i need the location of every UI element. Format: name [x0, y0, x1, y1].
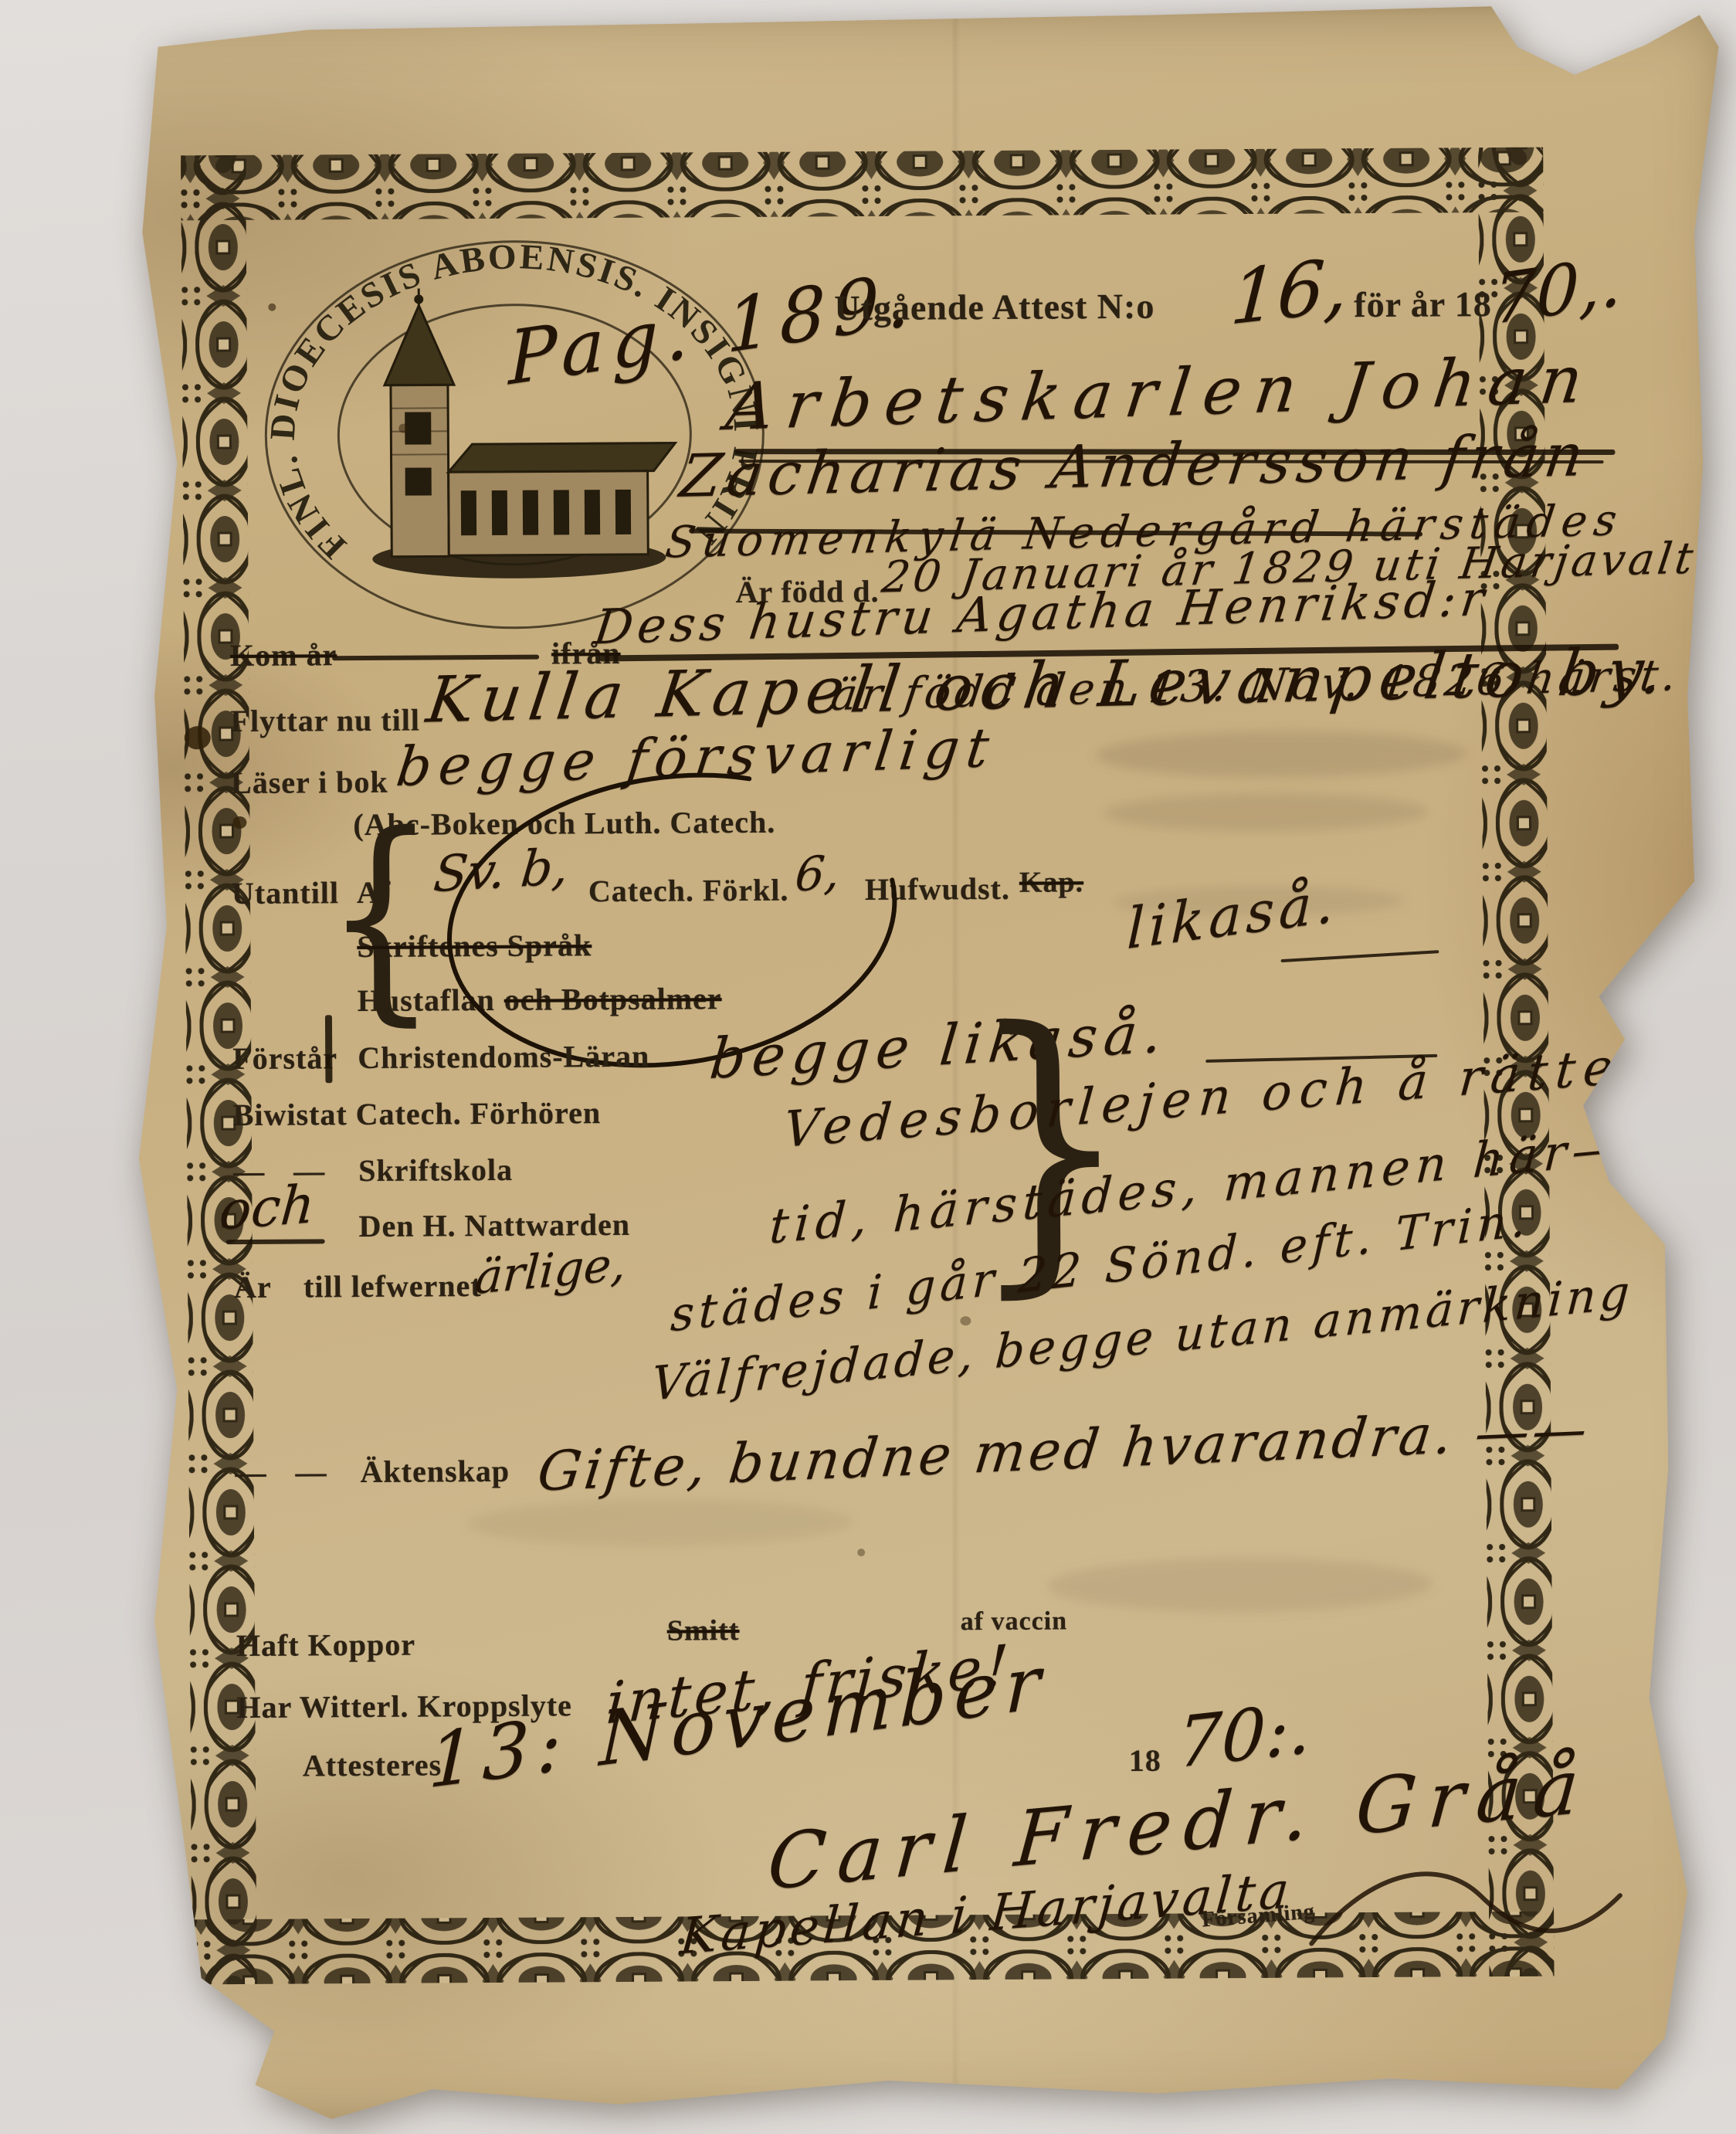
- attesteres-label: Attesteres: [303, 1746, 442, 1783]
- af-label: Af: [357, 874, 392, 911]
- paper-sheet: FINL. DIOECESIS ABOENSIS. INSIGNI PRINC:: [0, 0, 1736, 2134]
- nattward-label: Den H. Nattwarden: [358, 1206, 630, 1244]
- ink-spot: [960, 1316, 971, 1325]
- attest-year-prefix: för år 18: [1354, 283, 1492, 325]
- aktenskap-dashes: — —: [235, 1454, 337, 1491]
- attest-number: 16,: [1228, 241, 1351, 341]
- ink-spot: [857, 1549, 865, 1556]
- flyttar-label: Flyttar nu till: [230, 702, 420, 739]
- utantill-label: Utantill: [232, 874, 339, 911]
- printed-layer: FINL. DIOECESIS ABOENSIS. INSIGNI PRINC:: [0, 0, 1736, 2134]
- ink-spot: [185, 726, 211, 749]
- christendoms-label: Christendoms-Läran: [358, 1038, 649, 1076]
- photo-background: FINL. DIOECESIS ABOENSIS. INSIGNI PRINC:: [0, 0, 1736, 2134]
- forstar-ink-bar: [325, 1015, 333, 1083]
- kap-label: Kap.: [1019, 865, 1083, 900]
- biwistat-label: Biwistat Catech. Förhören: [233, 1094, 602, 1133]
- ink-spot: [268, 304, 276, 311]
- attest-label: Utgående Attest N:o: [834, 286, 1155, 329]
- attest-year-print: 18: [1129, 1742, 1161, 1779]
- aktenskap-label: Äktenskap: [360, 1453, 510, 1490]
- och-hand: och: [217, 1174, 317, 1243]
- smitt-label: Smitt: [667, 1613, 740, 1648]
- ink-spot: [232, 816, 246, 829]
- paper-wrap: FINL. DIOECESIS ABOENSIS. INSIGNI PRINC:: [0, 0, 1736, 2134]
- kom-ar-label: Kom år: [230, 636, 337, 673]
- skriftskola-label: Skriftskola: [358, 1152, 513, 1189]
- lefwernet-label: till lefwernet: [303, 1267, 482, 1304]
- vaccin-label: af vaccin: [961, 1606, 1068, 1637]
- koppor-label: Haft Koppor: [236, 1627, 415, 1664]
- signature-flourish: [1304, 1849, 1629, 1975]
- forstar-label: Förstår: [232, 1040, 337, 1077]
- nattward-dash: [226, 1239, 325, 1244]
- ar-label: Är: [234, 1269, 272, 1305]
- ink-spot: [398, 424, 408, 433]
